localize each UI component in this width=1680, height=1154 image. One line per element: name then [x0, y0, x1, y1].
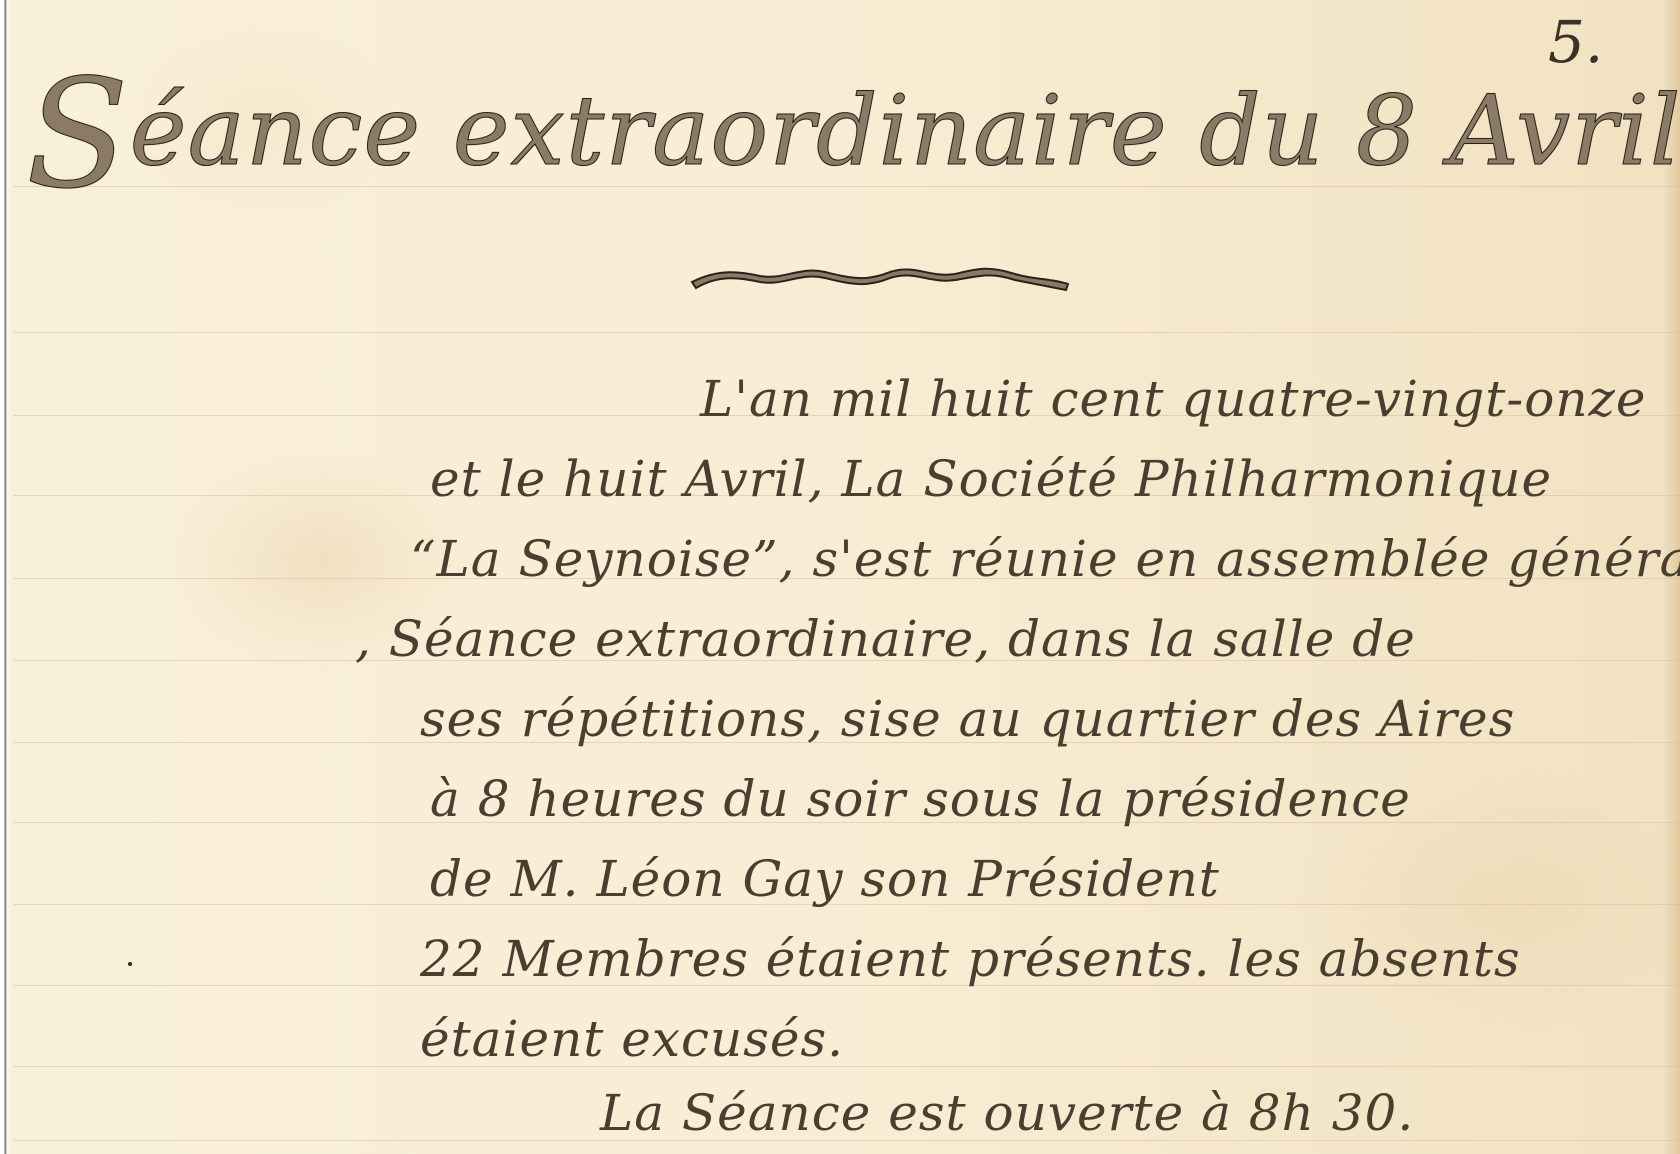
body-line-5: ses répétitions, sise au quartier des Ai…	[420, 690, 1515, 748]
ruled-line	[14, 1066, 1680, 1067]
body-line-8: 22 Membres étaient présents. les absents	[420, 930, 1521, 988]
body-line-2: et le huit Avril, La Société Philharmoni…	[430, 450, 1552, 508]
page-title: Séance extraordinaire du 8 Avril 1891	[26, 60, 1680, 210]
wavy-flourish-divider	[690, 258, 1070, 298]
body-line-6: à 8 heures du soir sous la présidence	[430, 770, 1411, 828]
body-line-3: “La Seynoise”, s'est réunie en assemblée…	[410, 530, 1680, 588]
body-line-10: La Séance est ouverte à 8h 30.	[600, 1084, 1414, 1142]
body-line-1: L'an mil huit cent quatre-vingt-onze	[700, 370, 1646, 428]
title-text: éance extraordinaire du 8 Avril 1891	[130, 75, 1680, 187]
book-binding-edge	[0, 0, 14, 1154]
ink-speck	[128, 962, 132, 966]
manuscript-page: 5. Séance extraordinaire du 8 Avril 1891…	[0, 0, 1680, 1154]
title-initial: S	[26, 48, 130, 222]
body-line-4: , Séance extraordinaire, dans la salle d…	[355, 610, 1416, 668]
ruled-line	[14, 332, 1680, 333]
body-line-9: étaient excusés.	[420, 1010, 844, 1068]
body-line-7: de M. Léon Gay son Président	[430, 850, 1220, 908]
